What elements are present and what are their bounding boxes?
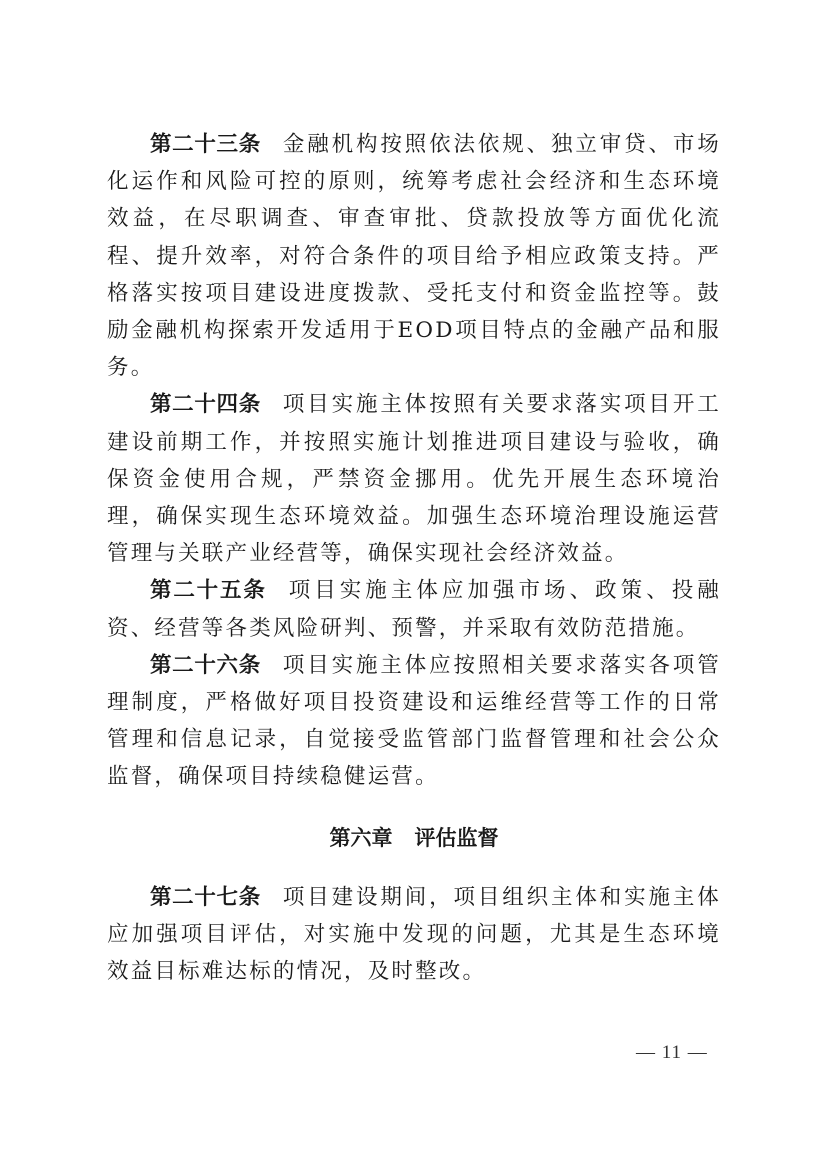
chapter-number: 第六章 [330, 826, 393, 850]
article-text: 金融机构按照依法依规、独立审贷、市场化运作和风险可控的原则，统筹考虑社会经济和生… [107, 132, 721, 380]
article-label: 第二十五条 [150, 578, 267, 603]
document-page: 第二十三条金融机构按照依法依规、独立审贷、市场化运作和风险可控的原则，统筹考虑社… [107, 126, 721, 990]
page-number: — 11 — [636, 1042, 708, 1064]
chapter-title: 评估监督 [415, 826, 499, 850]
article-text: 项目实施主体按照有关要求落实项目开工建设前期工作，并按照实施计划推进项目建设与验… [107, 392, 721, 566]
article-label: 第二十六条 [150, 653, 261, 678]
article-label: 第二十七条 [150, 885, 261, 910]
article-23: 第二十三条金融机构按照依法依规、独立审贷、市场化运作和风险可控的原则，统筹考虑社… [107, 126, 721, 386]
article-25: 第二十五条项目实施主体应加强市场、政策、投融资、经营等各类风险研判、预警，并采取… [107, 572, 721, 646]
article-27: 第二十七条项目建设期间，项目组织主体和实施主体应加强项目评估，对实施中发现的问题… [107, 879, 721, 991]
chapter-heading: 第六章评估监督 [107, 820, 721, 857]
article-label: 第二十四条 [150, 392, 261, 417]
article-26: 第二十六条项目实施主体应按照相关要求落实各项管理制度，严格做好项目投资建设和运维… [107, 647, 721, 796]
article-label: 第二十三条 [150, 132, 261, 157]
article-24: 第二十四条项目实施主体按照有关要求落实项目开工建设前期工作，并按照实施计划推进项… [107, 386, 721, 572]
